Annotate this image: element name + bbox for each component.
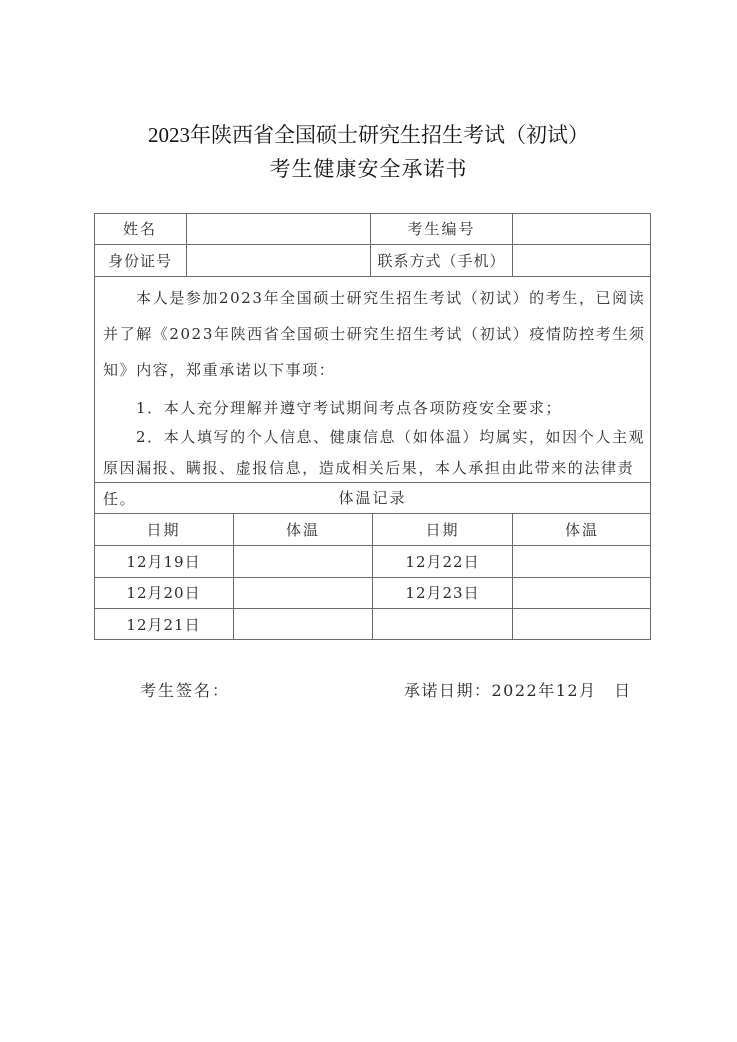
temperature-field[interactable]	[234, 577, 372, 608]
date-cell	[373, 608, 512, 640]
table-rule	[94, 276, 651, 277]
candidate-number-field[interactable]	[513, 213, 651, 244]
date-cell: 12月23日	[373, 577, 512, 608]
header-date-2: 日期	[373, 513, 512, 545]
temperature-field[interactable]	[234, 608, 372, 640]
date-cell: 12月20日	[94, 577, 233, 608]
name-field[interactable]	[187, 213, 370, 244]
temperature-field[interactable]	[513, 577, 651, 608]
id-number-field[interactable]	[187, 244, 370, 276]
header-date-1: 日期	[94, 513, 233, 545]
phone-field[interactable]	[513, 244, 651, 276]
candidate-signature-label: 考生签名：	[140, 678, 230, 701]
header-temp-1: 体温	[234, 513, 372, 545]
temperature-field[interactable]	[513, 608, 651, 640]
document-title-line2: 考生健康安全承诺书	[0, 153, 737, 183]
date-cell: 12月19日	[94, 545, 233, 577]
temperature-section-title: 体温记录	[94, 482, 651, 513]
temperature-field[interactable]	[513, 545, 651, 577]
pledge-intro: 本人是参加2023年全国硕士研究生招生考试（初试）的考生，已阅读并了解《2023…	[103, 280, 648, 388]
pledge-item-1: 1．本人充分理解并遵守考试期间考点各项防疫安全要求；	[103, 390, 648, 426]
header-temp-2: 体温	[513, 513, 651, 545]
document-title-line1: 2023年陕西省全国硕士研究生招生考试（初试）	[0, 119, 737, 149]
name-label: 姓名	[94, 213, 186, 244]
candidate-number-label: 考生编号	[371, 213, 512, 244]
date-cell: 12月21日	[94, 608, 233, 640]
temperature-field[interactable]	[234, 545, 372, 577]
phone-label: 联系方式（手机）	[371, 244, 512, 276]
date-cell: 12月22日	[373, 545, 512, 577]
id-number-label: 身份证号	[94, 244, 186, 276]
pledge-date-label: 承诺日期：2022年12月 日	[404, 678, 632, 701]
